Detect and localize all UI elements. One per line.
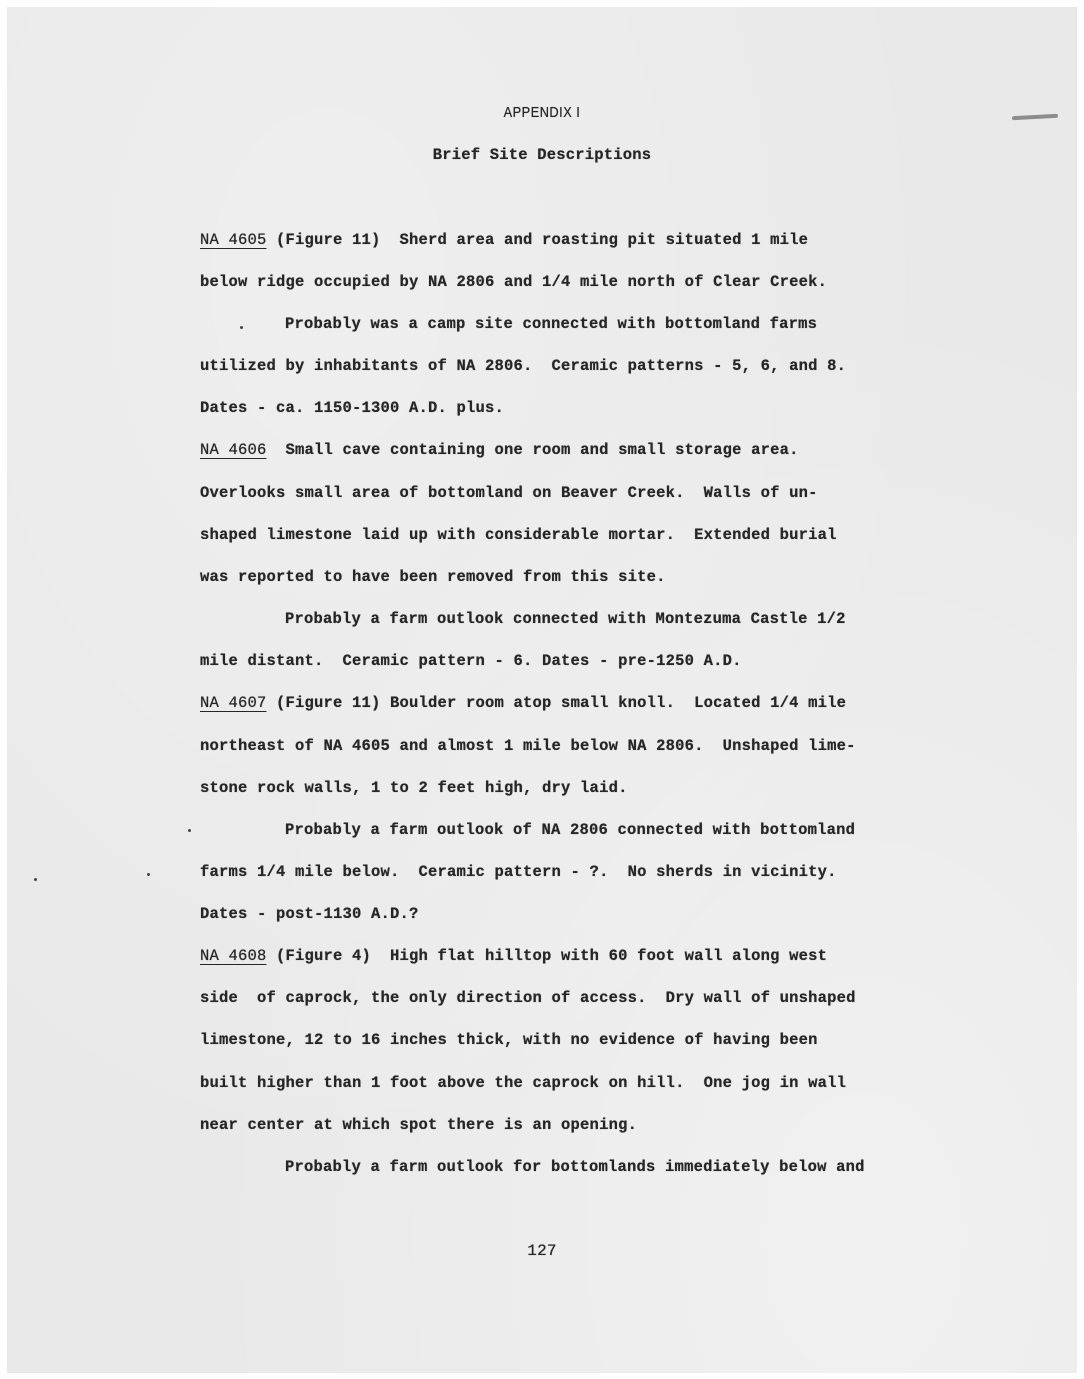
entry-line: NA 4607 (Figure 11) Boulder room atop sm… (200, 694, 846, 712)
paragraph-line: Dates - post-1130 A.D.? (200, 905, 419, 923)
entry-line: built higher than 1 foot above the capro… (200, 1074, 846, 1092)
entry-line: was reported to have been removed from t… (200, 568, 666, 586)
entry-line: NA 4606 Small cave containing one room a… (200, 441, 799, 459)
paragraph-line: utilized by inhabitants of NA 2806. Cera… (200, 357, 846, 375)
paragraph-line: Probably a farm outlook for bottomlands … (285, 1158, 865, 1176)
site-id: NA 4607 (200, 694, 267, 712)
speck (147, 873, 150, 876)
entry-line: side of caprock, the only direction of a… (200, 989, 856, 1007)
speck (188, 829, 191, 832)
entry-line: NA 4605 (Figure 11) Sherd area and roast… (200, 231, 808, 249)
entry-line: near center at which spot there is an op… (200, 1116, 637, 1134)
speck (34, 878, 37, 881)
speck (240, 326, 243, 329)
paragraph-line: farms 1/4 mile below. Ceramic pattern - … (200, 863, 837, 881)
site-id: NA 4606 (200, 441, 267, 459)
paragraph-line: Probably a farm outlook of NA 2806 conne… (285, 821, 855, 839)
paragraph-line: Probably was a camp site connected with … (285, 315, 817, 333)
entry-line: northeast of NA 4605 and almost 1 mile b… (200, 737, 856, 755)
entry-line: limestone, 12 to 16 inches thick, with n… (200, 1031, 818, 1049)
paragraph-line: mile distant. Ceramic pattern - 6. Dates… (200, 652, 742, 670)
paragraph-line: Probably a farm outlook connected with M… (285, 610, 846, 628)
site-id: NA 4608 (200, 947, 267, 965)
paragraph-line: Dates - ca. 1150-1300 A.D. plus. (200, 399, 504, 417)
entry-line: NA 4608 (Figure 4) High flat hilltop wit… (200, 947, 827, 965)
entry-line: below ridge occupied by NA 2806 and 1/4 … (200, 273, 827, 291)
site-id: NA 4605 (200, 231, 267, 249)
page-number: 127 (0, 1242, 1084, 1260)
section-title: Brief Site Descriptions (0, 146, 1084, 164)
appendix-heading: APPENDIX I (81, 104, 1002, 121)
entry-line: shaped limestone laid up with considerab… (200, 526, 837, 544)
entry-line: Overlooks small area of bottomland on Be… (200, 484, 818, 502)
entry-line: stone rock walls, 1 to 2 feet high, dry … (200, 779, 628, 797)
